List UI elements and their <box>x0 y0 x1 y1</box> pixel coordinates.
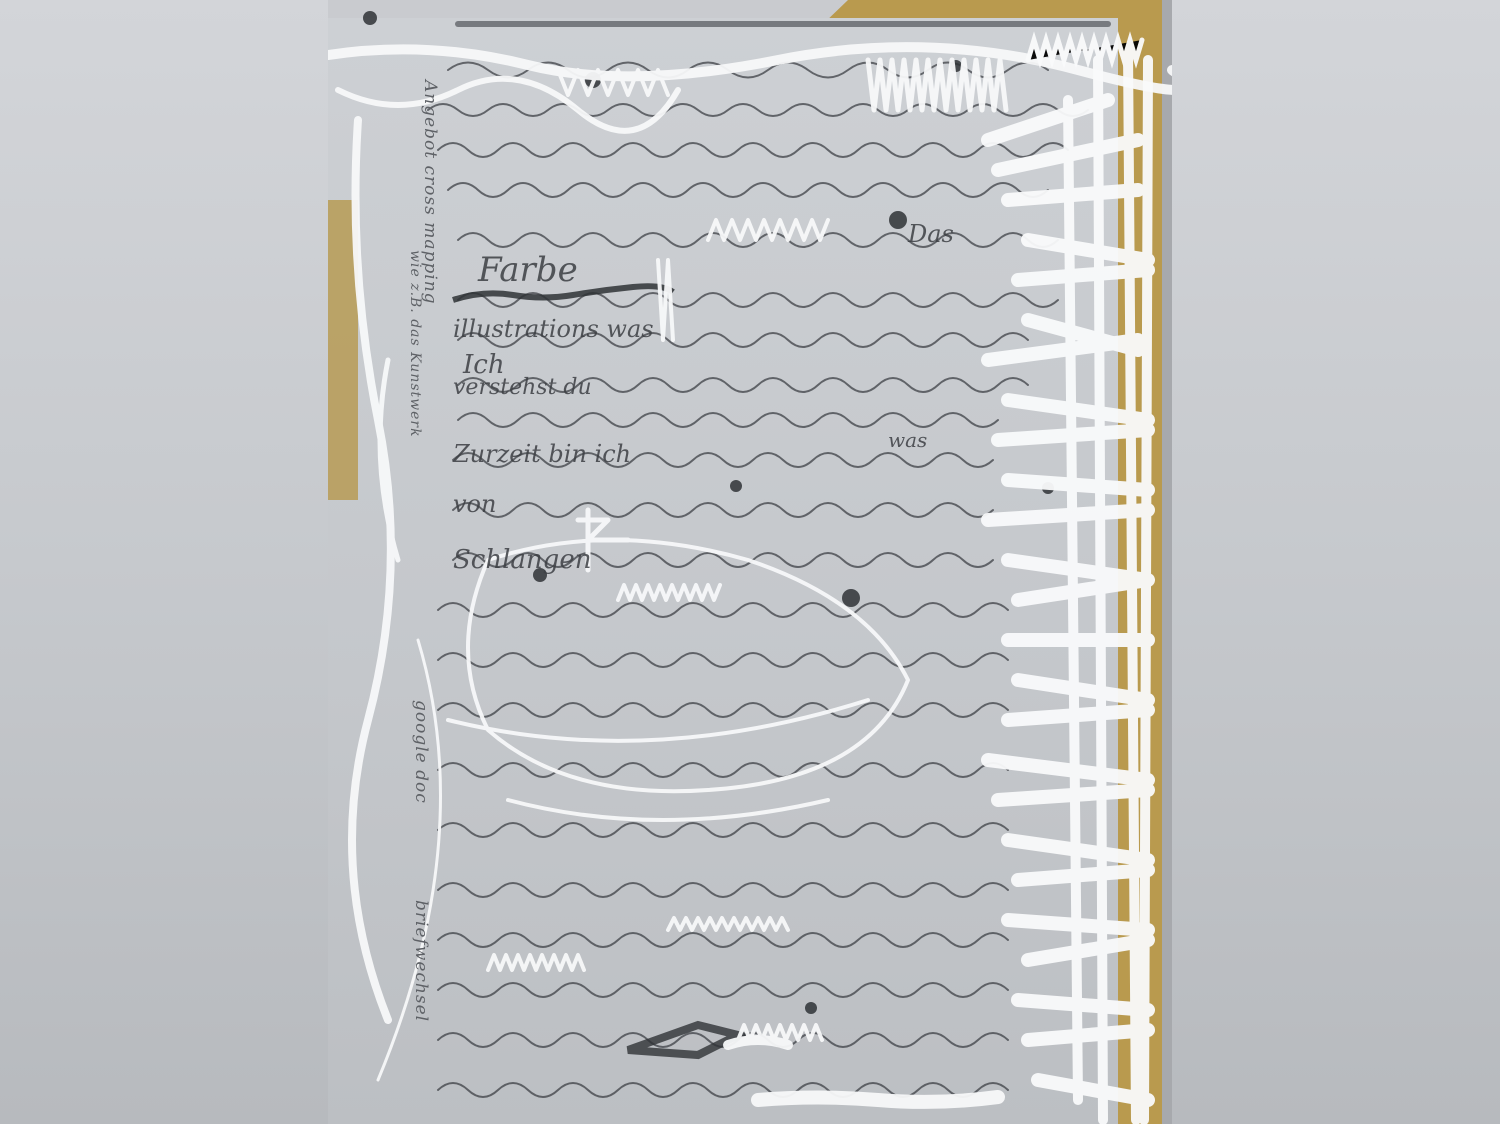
handwriting-schlangen: Schlangen <box>453 545 591 575</box>
handwriting-zurzeit: Zurzeit bin ich <box>453 440 631 468</box>
artwork-photo: Angebot cross mapping wie z.B. das Kunst… <box>328 0 1172 1124</box>
margin-note-briefwechsel: briefwechsel <box>411 900 431 1022</box>
handwriting-was: was <box>888 428 927 452</box>
handwriting-verstehst: verstehst du <box>453 375 592 400</box>
margin-note-angebot: Angebot cross mapping <box>420 80 440 305</box>
handwriting-farbe: Farbe <box>478 250 578 290</box>
margin-note-kunstwerk: wie z.B. das Kunstwerk <box>407 250 423 438</box>
handwriting-von: von <box>453 490 496 518</box>
handwriting-illustrations: illustrations was <box>453 315 654 343</box>
handwriting-das: Das <box>908 220 954 248</box>
margin-note-google-doc: google doc <box>411 700 431 804</box>
